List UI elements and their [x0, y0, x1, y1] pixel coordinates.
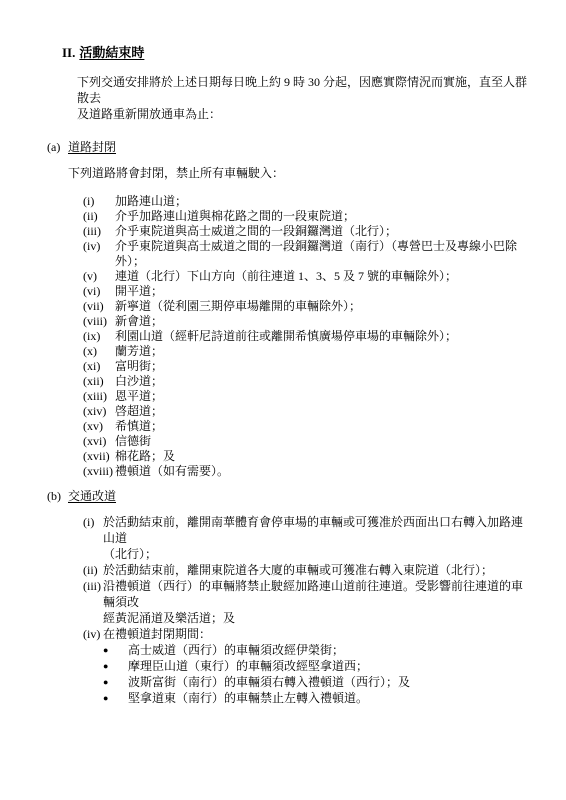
- subsection-road-closure: (a) 道路封閉 下列道路將會封閉，禁止所有車輛駛入： (i)加路連山道；(ii…: [47, 139, 528, 479]
- bullet-item: ●摩理臣山道（東行）的車輛須改經堅拿道西；: [103, 658, 528, 674]
- list-item-number: (iii): [83, 578, 103, 626]
- list-item: (iii)沿禮頓道（西行）的車輛將禁止駛經加路連山道前往連道。受影響前往連道的車…: [83, 578, 528, 626]
- list-item-number: (xiv): [83, 404, 115, 419]
- list-item-text: 白沙道；: [115, 374, 163, 389]
- subsection-intro: 下列道路將會封閉，禁止所有車輛駛入：: [68, 165, 528, 181]
- list-item-text: 開平道；: [115, 284, 163, 299]
- list-item-text: 介乎東院道與高士威道之間的一段銅鑼灣道（南行）（專營巴士及專線小巴除外）；: [115, 239, 528, 269]
- bullet-icon: ●: [103, 690, 128, 706]
- list-item: (i)於活動結束前，離開南華體育會停車場的車輛或可獲准於西面出口右轉入加路連山道…: [83, 514, 528, 562]
- list-item-number: (xi): [83, 359, 115, 374]
- list-item: (iv)在禮頓道封閉期間：: [83, 626, 528, 642]
- list-item-text: 希慎道；: [115, 419, 163, 434]
- section-intro: 下列交通安排將於上述日期每日晚上約 9 時 30 分起，因應實際情況而實施，直至…: [77, 74, 528, 122]
- list-item: (xv)希慎道；: [83, 419, 528, 434]
- list-item-number: (viii): [83, 314, 115, 329]
- subsection-title: 道路封閉: [68, 139, 116, 155]
- list-item-number: (v): [83, 269, 115, 284]
- subsection-heading: (b) 交通改道: [47, 488, 528, 504]
- section-title: 活動結束時: [79, 45, 144, 61]
- list-item: (v)連道（北行）下山方向（前往連道 1、3、5 及 7 號的車輛除外）；: [83, 269, 528, 284]
- list-item-text: 新寧道（從利園三期停車場離開的車輛除外）；: [115, 299, 361, 314]
- traffic-diversion-list: (i)於活動結束前，離開南華體育會停車場的車輛或可獲准於西面出口右轉入加路連山道…: [83, 514, 528, 706]
- list-item-number: (xvi): [83, 434, 115, 449]
- list-item: (xi)富明街；: [83, 359, 528, 374]
- list-item-text: 禮頓道（如有需要）。: [115, 464, 229, 479]
- bullet-icon: ●: [103, 674, 128, 690]
- list-item: (iv)介乎東院道與高士威道之間的一段銅鑼灣道（南行）（專營巴士及專線小巴除外）…: [83, 239, 528, 269]
- list-item: (vii)新寧道（從利園三期停車場離開的車輛除外）；: [83, 299, 528, 314]
- list-item-text: 在禮頓道封閉期間：: [103, 626, 211, 642]
- list-item: (xviii)禮頓道（如有需要）。: [83, 464, 528, 479]
- bullet-icon: ●: [103, 658, 128, 674]
- section-number: II.: [62, 45, 79, 61]
- list-item-text: 啓超道；: [115, 404, 163, 419]
- list-item-number: (i): [83, 514, 103, 562]
- list-item: (x)蘭芳道；: [83, 344, 528, 359]
- subsection-label: (a): [47, 139, 68, 155]
- list-item: (iii)介乎東院道與高士威道之間的一段銅鑼灣道（北行）；: [83, 224, 528, 239]
- bullet-item: ●高士威道（西行）的車輛須改經伊榮街；: [103, 642, 528, 658]
- subsection-traffic-diversion: (b) 交通改道 (i)於活動結束前，離開南華體育會停車場的車輛或可獲准於西面出…: [47, 488, 528, 706]
- list-item-text: 富明街；: [115, 359, 163, 374]
- subsection-heading: (a) 道路封閉: [47, 139, 528, 155]
- list-item-number: (ii): [83, 562, 103, 578]
- list-item: (xii)白沙道；: [83, 374, 528, 389]
- list-item: (ii)於活動結束前，離開東院道各大廈的車輛或可獲准右轉入東院道（北行）；: [83, 562, 528, 578]
- bullet-text: 堅拿道東（南行）的車輛禁止左轉入禮頓道。: [128, 690, 368, 706]
- list-item-number: (xviii): [83, 464, 115, 479]
- list-item-number: (ii): [83, 209, 115, 224]
- section-heading: II. 活動結束時: [62, 45, 528, 61]
- list-item-text: 連道（北行）下山方向（前往連道 1、3、5 及 7 號的車輛除外）；: [115, 269, 457, 284]
- list-item-text: 於活動結束前，離開南華體育會停車場的車輛或可獲准於西面出口右轉入加路連山道 （北…: [103, 514, 528, 562]
- road-closure-list: (i)加路連山道；(ii)介乎加路連山道與棉花路之間的一段東院道；(iii)介乎…: [83, 194, 528, 479]
- list-item-text: 介乎加路連山道與棉花路之間的一段東院道；: [115, 209, 355, 224]
- list-item: (vi)開平道；: [83, 284, 528, 299]
- list-item-text: 沿禮頓道（西行）的車輛將禁止駛經加路連山道前往連道。受影響前往連道的車輛須改 經…: [103, 578, 528, 626]
- list-item: (viii)新會道；: [83, 314, 528, 329]
- bullet-item: ●堅拿道東（南行）的車輛禁止左轉入禮頓道。: [103, 690, 528, 706]
- list-item-number: (iv): [83, 239, 115, 269]
- list-item: (i)加路連山道；: [83, 194, 528, 209]
- list-item-number: (vii): [83, 299, 115, 314]
- list-item-text: 利園山道（經軒尼詩道前往或離開希慎廣場停車場的車輛除外）；: [115, 329, 457, 344]
- list-item: (xiv)啓超道；: [83, 404, 528, 419]
- list-item-number: (iii): [83, 224, 115, 239]
- list-item: (xiii)恩平道；: [83, 389, 528, 404]
- list-item-number: (xii): [83, 374, 115, 389]
- subsection-label: (b): [47, 488, 68, 504]
- bullet-item: ●波斯富街（南行）的車輛須右轉入禮頓道（西行）；及: [103, 674, 528, 690]
- list-item-number: (xvii): [83, 449, 115, 464]
- list-item-text: 信德街: [115, 434, 151, 449]
- list-item-number: (xiii): [83, 389, 115, 404]
- list-item: (xvi)信德街: [83, 434, 528, 449]
- list-item-number: (vi): [83, 284, 115, 299]
- list-item-number: (i): [83, 194, 115, 209]
- list-item-number: (x): [83, 344, 115, 359]
- bullet-text: 高士威道（西行）的車輛須改經伊榮街；: [128, 642, 344, 658]
- document-page: II. 活動結束時 下列交通安排將於上述日期每日晚上約 9 時 30 分起，因應…: [0, 0, 566, 800]
- subsection-title: 交通改道: [68, 488, 116, 504]
- list-item-text: 棉花路；及: [115, 449, 175, 464]
- list-item-number: (ix): [83, 329, 115, 344]
- list-item: (ix)利園山道（經軒尼詩道前往或離開希慎廣場停車場的車輛除外）；: [83, 329, 528, 344]
- list-item-text: 新會道；: [115, 314, 163, 329]
- list-item-text: 於活動結束前，離開東院道各大廈的車輛或可獲准右轉入東院道（北行）；: [103, 562, 493, 578]
- list-item-text: 蘭芳道；: [115, 344, 163, 359]
- list-item-text: 介乎東院道與高士威道之間的一段銅鑼灣道（北行）；: [115, 224, 397, 239]
- list-item-text: 加路連山道；: [115, 194, 187, 209]
- bullet-text: 波斯富街（南行）的車輛須右轉入禮頓道（西行）；及: [128, 674, 410, 690]
- list-item-number: (iv): [83, 626, 103, 642]
- list-item-number: (xv): [83, 419, 115, 434]
- list-item: (ii)介乎加路連山道與棉花路之間的一段東院道；: [83, 209, 528, 224]
- list-item-text: 恩平道；: [115, 389, 163, 404]
- list-item: (xvii)棉花路；及: [83, 449, 528, 464]
- bullet-text: 摩理臣山道（東行）的車輛須改經堅拿道西；: [128, 658, 368, 674]
- bullet-icon: ●: [103, 642, 128, 658]
